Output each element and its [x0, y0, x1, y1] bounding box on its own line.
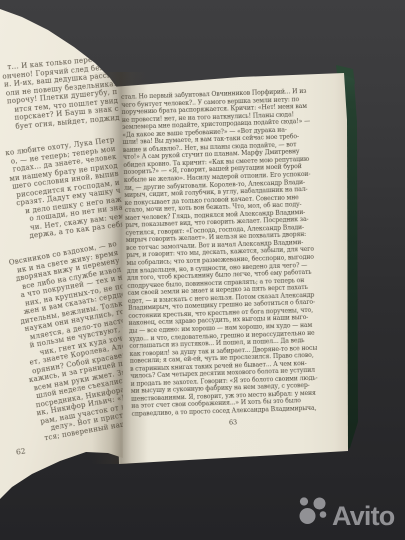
- left-page: т... И как только пересталиончено! Горяч…: [0, 0, 130, 515]
- right-page-lines: стал. Но первый забунтовал Овчинников По…: [121, 87, 334, 418]
- left-page-paragraph: ко любите охоту, Лука Петро, — не теперь…: [0, 136, 125, 243]
- avito-watermark: Avito: [297, 493, 395, 531]
- avito-logo-icon: [297, 493, 328, 531]
- page-number-left: 62: [15, 446, 26, 456]
- book-photo-scene: стал. Но первый забунтовал Овчинников По…: [0, 0, 405, 540]
- avito-wordmark: Avito: [332, 501, 395, 531]
- right-page-text: стал. Но первый забунтовал Овчинников По…: [121, 87, 334, 430]
- left-page-paragraph: т... И как только пересталиончено! Горяч…: [0, 54, 120, 132]
